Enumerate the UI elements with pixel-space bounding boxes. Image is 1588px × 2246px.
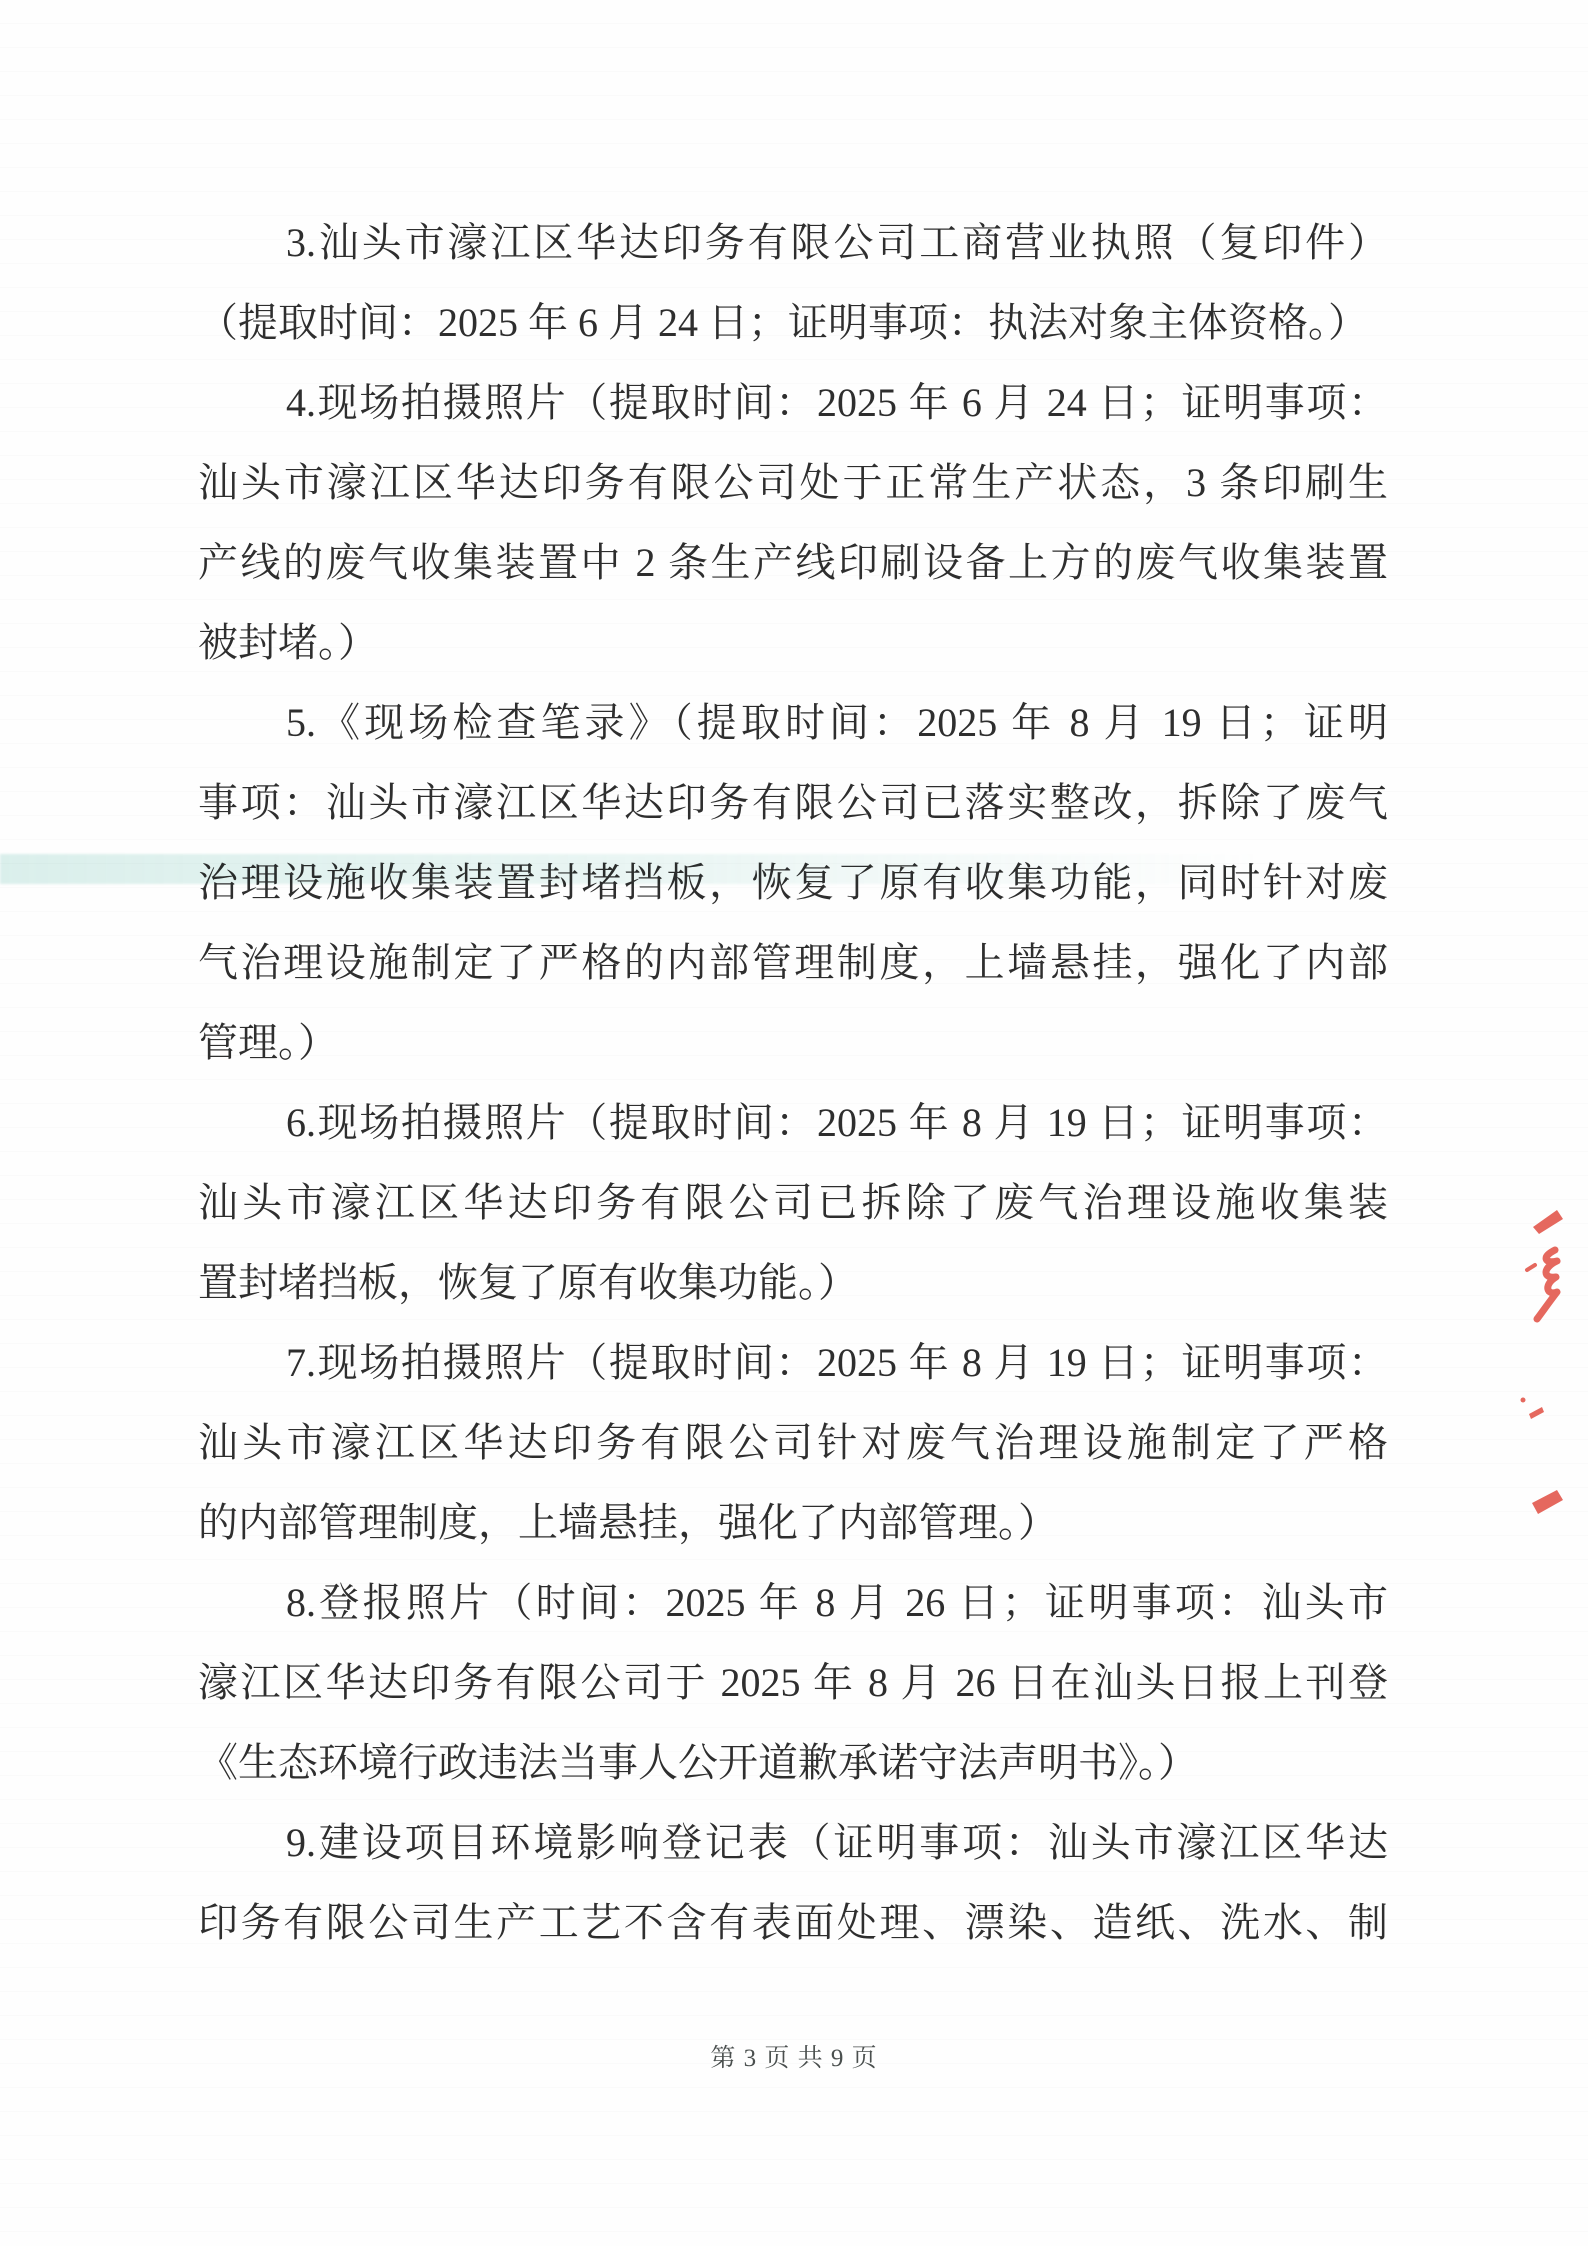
text-line: 5.《现场检查笔录》（提取时间：2025 年 8 月 19 日；证明 [198,683,1388,763]
text-line: 汕头市濠江区华达印务有限公司处于正常生产状态，3 条印刷生 [198,443,1388,523]
red-ink-stamp-fragment [1512,1200,1572,1520]
page-number-footer: 第 3 页 共 9 页 [0,2038,1588,2074]
text-line: 置封堵挡板，恢复了原有收集功能。） [198,1243,1388,1323]
text-line: 汕头市濠江区华达印务有限公司已拆除了废气治理设施收集装 [198,1163,1388,1243]
text-line: 汕头市濠江区华达印务有限公司针对废气治理设施制定了严格 [198,1403,1388,1483]
document-body: 3.汕头市濠江区华达印务有限公司工商营业执照（复印件） （提取时间：2025 年… [198,203,1388,1963]
text-line: 濠江区华达印务有限公司于 2025 年 8 月 26 日在汕头日报上刊登 [198,1643,1388,1723]
text-line: 3.汕头市濠江区华达印务有限公司工商营业执照（复印件） [198,203,1388,283]
text-line: 6.现场拍摄照片（提取时间：2025 年 8 月 19 日；证明事项： [198,1083,1388,1163]
text-line: 《生态环境行政违法当事人公开道歉承诺守法声明书》。） [198,1723,1388,1803]
text-line: 产线的废气收集装置中 2 条生产线印刷设备上方的废气收集装置 [198,523,1388,603]
text-line: （提取时间：2025 年 6 月 24 日；证明事项：执法对象主体资格。） [198,283,1388,363]
text-line: 治理设施收集装置封堵挡板，恢复了原有收集功能，同时针对废 [198,843,1388,923]
text-line: 7.现场拍摄照片（提取时间：2025 年 8 月 19 日；证明事项： [198,1323,1388,1403]
text-line: 4.现场拍摄照片（提取时间：2025 年 6 月 24 日；证明事项： [198,363,1388,443]
text-line: 气治理设施制定了严格的内部管理制度，上墙悬挂，强化了内部 [198,923,1388,1003]
text-line: 的内部管理制度，上墙悬挂，强化了内部管理。） [198,1483,1388,1563]
text-line: 管理。） [198,1003,1388,1083]
text-line: 印务有限公司生产工艺不含有表面处理、漂染、造纸、洗水、制 [198,1883,1388,1963]
text-line: 事项：汕头市濠江区华达印务有限公司已落实整改，拆除了废气 [198,763,1388,843]
text-line: 8.登报照片（时间：2025 年 8 月 26 日；证明事项：汕头市 [198,1563,1388,1643]
text-line: 被封堵。） [198,603,1388,683]
text-line: 9.建设项目环境影响登记表（证明事项：汕头市濠江区华达 [198,1803,1388,1883]
scanned-document-page: 3.汕头市濠江区华达印务有限公司工商营业执照（复印件） （提取时间：2025 年… [0,0,1588,2246]
